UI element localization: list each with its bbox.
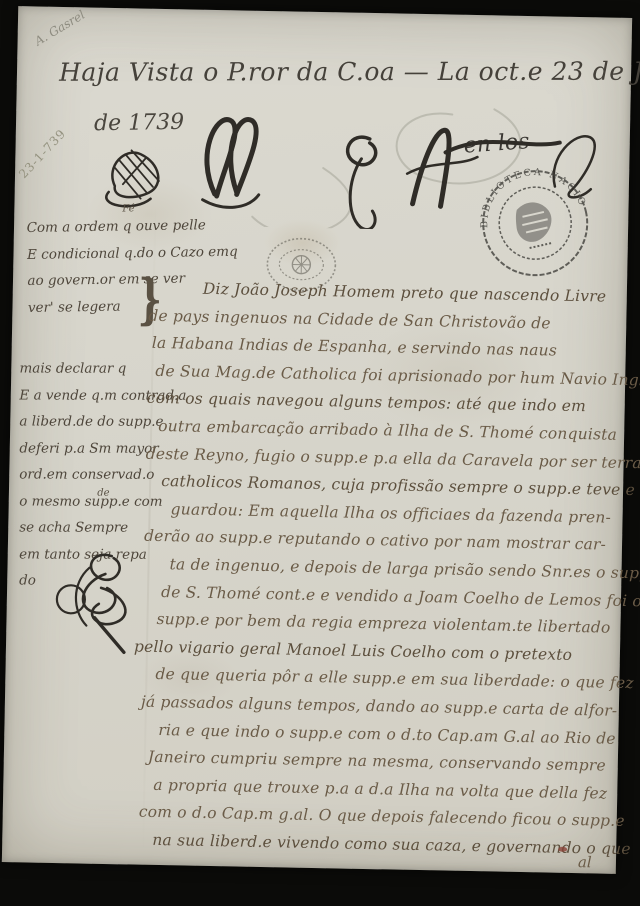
petition-body: Diz João Joseph Homem preto que nascendo… — [130, 275, 627, 864]
margin-line: E condicional q.do o Cazo emq — [27, 239, 177, 268]
margin-interlinear-b: de — [97, 480, 109, 507]
paper-fleck — [558, 847, 567, 852]
pencil-corner-note: A. Gasrel — [32, 8, 87, 49]
margin-interlinear-a: Fé — [122, 203, 134, 214]
pencil-date-note: 23-1-739 — [16, 126, 69, 181]
paper-sheet: A. Gasrel 23-1-739 Haja Vista o P.ror da… — [2, 6, 632, 874]
rubric-loop-descender-icon — [346, 137, 377, 230]
margin-line: Com a ordem q ouve pelle — [26, 213, 176, 242]
rubric-crosshatch-icon — [106, 150, 159, 207]
despatch-line-1: Haja Vista o P.ror da C.oa — La oct.e 23… — [59, 57, 640, 87]
catchword: al — [578, 853, 592, 871]
manuscript-photo: A. Gasrel 23-1-739 Haja Vista o P.ror da… — [0, 0, 640, 906]
rubric-double-loop-icon — [202, 119, 260, 208]
